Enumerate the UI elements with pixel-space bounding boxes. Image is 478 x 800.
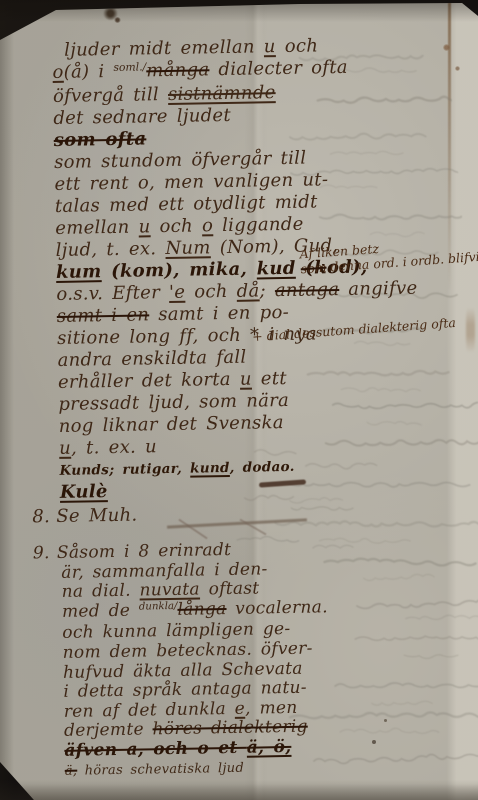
photo-backdrop: ljuder midt emellan u ocho(å) i soml./må…	[0, 0, 478, 800]
manuscript-line: Kulè	[60, 477, 360, 504]
manuscript-line: 8.Se Muh.	[60, 501, 360, 528]
manuscript-section: 8.Se Muh.	[60, 501, 360, 528]
speck	[384, 719, 387, 722]
manuscript-section: 9.Såsom i 8 erinradtär, sammanfalla i de…	[61, 539, 365, 781]
ink-blot	[114, 17, 121, 23]
speck	[372, 740, 376, 744]
item-number: 9.	[33, 544, 57, 564]
item-number: 8.	[32, 506, 56, 528]
foxing-patch	[466, 300, 475, 360]
foxing-spot	[455, 66, 460, 71]
ink-blot	[103, 7, 118, 20]
page-bottom-shadow	[0, 784, 478, 800]
manuscript-page: ljuder midt emellan u ocho(å) i soml./må…	[0, 0, 478, 800]
handwritten-text-column: ljuder midt emellan u ocho(å) i soml./må…	[52, 35, 365, 800]
